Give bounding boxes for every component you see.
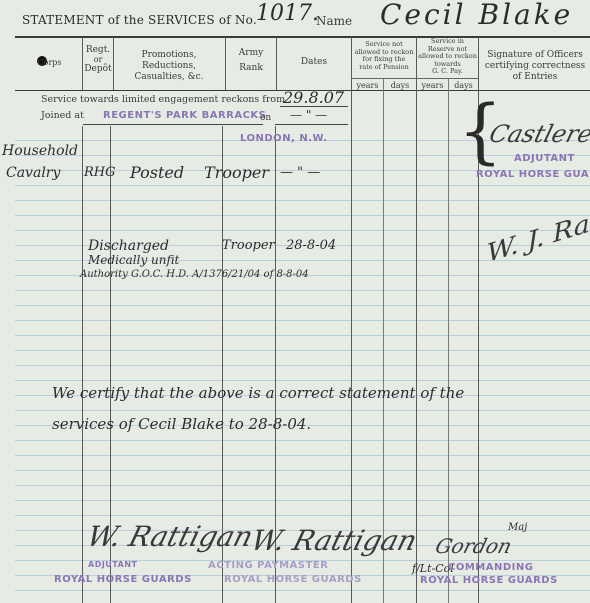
engagement-label: Service towards limited engagement recko… bbox=[41, 94, 285, 105]
name-label: Name bbox=[316, 14, 352, 28]
regiment-stamp: ROYAL HORSE GUARDS bbox=[224, 574, 362, 585]
header-signature: Signature of Officerscertifying correctn… bbox=[480, 50, 590, 83]
entry-date: 28-8-04 bbox=[286, 238, 336, 253]
certification-line1: We certify that the above is a correct s… bbox=[52, 384, 464, 402]
header-regt: Regt.orDepôt bbox=[84, 45, 112, 75]
service-number: 1017. bbox=[256, 1, 319, 26]
header-pension-years: years bbox=[352, 80, 383, 91]
regiment-stamp: ROYAL HORSE GUARDS bbox=[54, 574, 192, 585]
date-underline bbox=[280, 106, 348, 107]
certification-line2: services of Cecil Blake to 28-8-04. bbox=[52, 415, 311, 433]
on-underline bbox=[275, 124, 348, 125]
entry-rank: Trooper bbox=[204, 163, 269, 182]
officer-signature: Castlereagh bbox=[486, 120, 590, 148]
header-top-rule bbox=[15, 36, 590, 38]
adjutant-stamp: ADJUTANT bbox=[514, 153, 575, 164]
header-dates: Dates bbox=[277, 57, 351, 68]
col-divider bbox=[351, 37, 352, 603]
entry-discharge-authority: Authority G.O.C. H.D. A/1376/21/04 of 8-… bbox=[80, 269, 309, 280]
document-title: STATEMENT of the SERVICES of No. bbox=[22, 13, 257, 27]
header-gc-pay: Service inReserve notallowed to reckonto… bbox=[417, 38, 478, 76]
entry-promotion: Posted bbox=[130, 163, 184, 182]
header-promotions: Promotions, Reductions,Casualties, &c. bbox=[114, 50, 224, 83]
joined-stamp-city: LONDON, N.W. bbox=[240, 133, 328, 144]
entry-corps-line1: Household bbox=[2, 143, 78, 159]
col-divider bbox=[82, 126, 83, 603]
header-corps: Corps bbox=[22, 57, 77, 68]
commanding-stamp: COMMANDING bbox=[448, 562, 533, 573]
commander-rank: Maj bbox=[508, 522, 527, 533]
joined-label: Joined at bbox=[41, 110, 84, 121]
joined-stamp: REGENT'S PARK BARRACKS bbox=[103, 110, 266, 121]
col-divider bbox=[416, 37, 417, 603]
adjutant-stamp: ADJUTANT bbox=[88, 560, 137, 569]
on-label: on bbox=[260, 113, 271, 123]
commander-signature: Gordon bbox=[433, 534, 515, 558]
header-pension: Service notallowed to reckonfor fixing t… bbox=[352, 41, 416, 71]
col-divider bbox=[82, 37, 83, 90]
regiment-stamp: ROYAL HORSE GUAR bbox=[476, 169, 590, 180]
engagement-date: 29.8.07 bbox=[283, 88, 344, 107]
adjutant-signature: W. Rattigan bbox=[84, 520, 257, 553]
name-value: Cecil Blake bbox=[380, 0, 573, 31]
entry-discharge-reason: Medically unfit bbox=[88, 253, 179, 267]
on-value: — " — bbox=[290, 108, 327, 122]
paymaster-stamp: ACTING PAYMASTER bbox=[208, 560, 328, 571]
header-gc-years: years bbox=[417, 80, 448, 91]
header-rank: ArmyRank bbox=[226, 48, 276, 74]
entry-corps-line2: Cavalry bbox=[6, 165, 60, 181]
regiment-stamp: ROYAL HORSE GUARDS bbox=[420, 575, 558, 586]
entry-regt: RHG bbox=[84, 165, 116, 180]
header-pension-days: days bbox=[384, 80, 416, 91]
paymaster-signature: W. Rattigan bbox=[248, 524, 421, 557]
entry-discharge: Discharged bbox=[88, 238, 169, 254]
entry-rank: Trooper bbox=[222, 238, 275, 253]
left-margin bbox=[0, 126, 15, 603]
joined-underline bbox=[83, 124, 263, 125]
entry-date: — " — bbox=[280, 165, 320, 180]
col-divider bbox=[448, 78, 449, 603]
subheader-rule bbox=[351, 78, 478, 79]
title-prefix: STATEMENT of the SERVICES of No. bbox=[22, 13, 257, 27]
